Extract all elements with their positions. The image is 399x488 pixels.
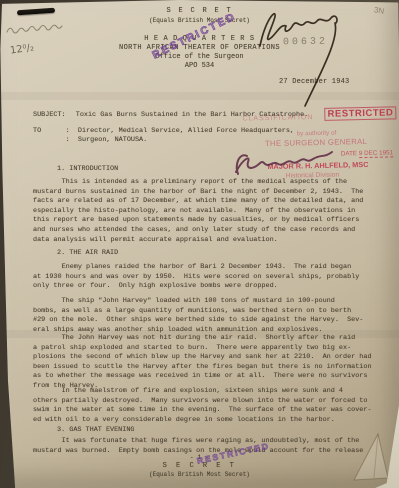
declass-date-value: 9 DEC 1951 (359, 149, 393, 158)
footer-classification-equals: (Equals British Most Secret) (0, 471, 399, 478)
paragraph: In the maelstrom of fire and explosion, … (33, 387, 372, 425)
pencil-note-top-left (4, 18, 66, 38)
paragraph: The ship "John Harvey" loaded with 100 t… (33, 297, 363, 335)
photo-frame: S E C R E T (Equals British Most Secret)… (0, 0, 399, 488)
pencil-corner-note: 3N (373, 5, 385, 16)
section-heading-air-raid: 2. THE AIR RAID (57, 249, 118, 257)
declass-classification-label: CLASSIFICATION (242, 114, 313, 122)
paragraph: This is intended as a preliminary report… (33, 178, 363, 245)
signature-flemming (248, 4, 360, 114)
paragraph: Enemy planes raided the harbor of Bari 2… (33, 263, 359, 292)
signature-declass (232, 142, 348, 180)
declass-date-line: DATE 9 DEC 1951 (341, 149, 394, 157)
section-heading-gas: 3. GAS THAT EVENING (57, 426, 135, 434)
subject-label: SUBJECT: (33, 111, 66, 119)
section-heading-introduction: 1. INTRODUCTION (57, 165, 118, 173)
document-page: S E C R E T (Equals British Most Secret)… (0, 0, 399, 488)
paragraph: The John Harvey was not hit during the a… (33, 334, 372, 392)
declass-by-authority: by authority of (297, 130, 337, 138)
folded-corner (342, 424, 394, 484)
